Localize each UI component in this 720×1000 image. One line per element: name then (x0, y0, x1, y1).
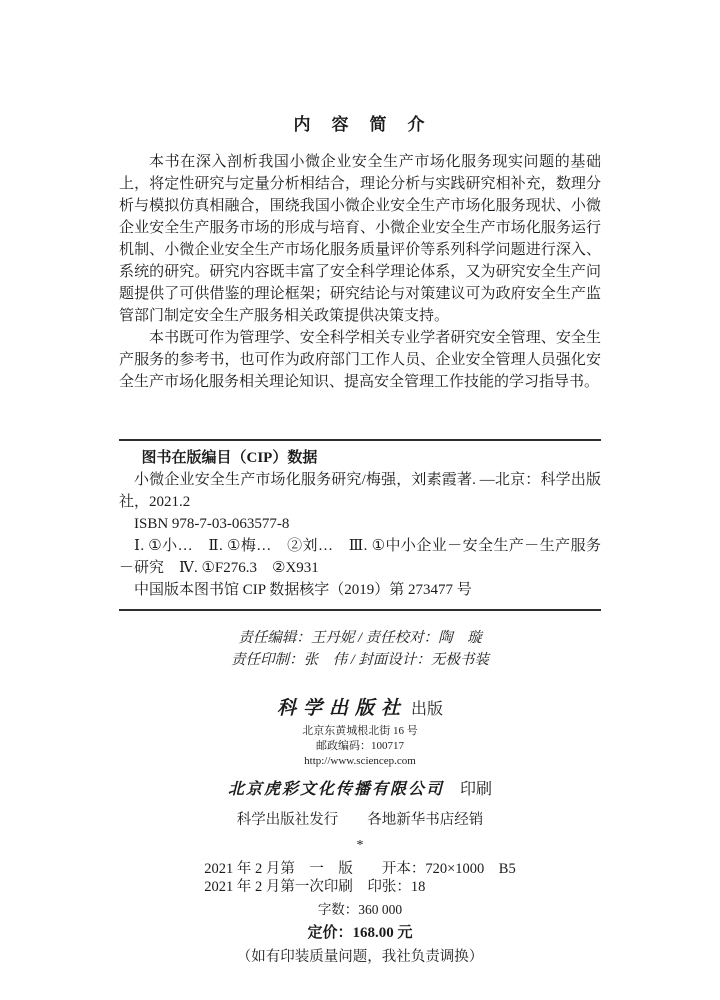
publisher-role: 出版 (407, 701, 443, 718)
publisher-line: 科学出版社 出版 (119, 693, 601, 720)
printer-logo: 北京虎彩文化传播有限公司 (228, 781, 444, 798)
printer-role: 印刷 (444, 781, 492, 798)
asterisk-separator: * (119, 838, 601, 854)
cip-isbn: ISBN 978-7-03-063577-8 (119, 513, 601, 535)
copyright-page: 内 容 简 介 本书在深入剖析我国小微企业安全生产市场化服务现实问题的基础上，将… (0, 0, 720, 1000)
publisher-logo: 科学出版社 (277, 698, 407, 719)
page-content: 内 容 简 介 本书在深入剖析我国小微企业安全生产市场化服务现实问题的基础上，将… (119, 0, 601, 966)
credits-line-printing: 责任印制：张 伟 / 封面设计：无极书装 (119, 649, 601, 671)
page-title: 内 容 简 介 (119, 110, 601, 135)
imprint-block: 科学出版社 出版 北京东黄城根北街 16 号 邮政编码：100717 http:… (119, 693, 601, 966)
publisher-website: http://www.sciencep.com (119, 754, 601, 769)
intro-paragraph-1: 本书在深入剖析我国小微企业安全生产市场化服务现实问题的基础上，将定性研究与定量分… (119, 151, 601, 327)
word-count: 字数：360 000 (119, 898, 601, 918)
staff-credits: 责任编辑：王丹妮 / 责任校对：陶 璇 责任印制：张 伟 / 封面设计：无极书装 (119, 627, 601, 671)
cip-classification: Ⅰ. ①小… Ⅱ. ①梅… ②刘… Ⅲ. ①中小企业－安全生产－生产服务－研究 … (119, 535, 601, 579)
printer-line: 北京虎彩文化传播有限公司 印刷 (119, 776, 601, 799)
cip-heading: 图书在版编目（CIP）数据 (119, 447, 601, 469)
cip-data-box: 图书在版编目（CIP）数据 小微企业安全生产市场化服务研究/梅强，刘素霞著. —… (119, 439, 601, 611)
edition-line: 2021 年 2 月第 一 版 开本：720×1000 B5 (204, 860, 515, 878)
credits-line-editor: 责任编辑：王丹妮 / 责任校对：陶 璇 (119, 627, 601, 649)
print-specs: 2021 年 2 月第 一 版 开本：720×1000 B5 2021 年 2 … (119, 860, 601, 896)
publisher-postcode: 邮政编码：100717 (119, 739, 601, 754)
price: 定价：168.00 元 (119, 921, 601, 942)
printing-line: 2021 年 2 月第一次印刷 印张：18 (204, 878, 515, 896)
cip-registry: 中国版本图书馆 CIP 数据核字（2019）第 273477 号 (119, 579, 601, 601)
content-summary: 本书在深入剖析我国小微企业安全生产市场化服务现实问题的基础上，将定性研究与定量分… (119, 151, 601, 393)
publisher-address: 北京东黄城根北街 16 号 (119, 724, 601, 739)
cip-record: 小微企业安全生产市场化服务研究/梅强，刘素霞著. —北京：科学出版社，2021.… (119, 469, 601, 513)
distribution-line: 科学出版社发行 各地新华书店经销 (119, 808, 601, 829)
quality-note: （如有印装质量问题，我社负责调换） (119, 945, 601, 966)
intro-paragraph-2: 本书既可作为管理学、安全科学相关专业学者研究安全管理、安全生产服务的参考书，也可… (119, 327, 601, 393)
